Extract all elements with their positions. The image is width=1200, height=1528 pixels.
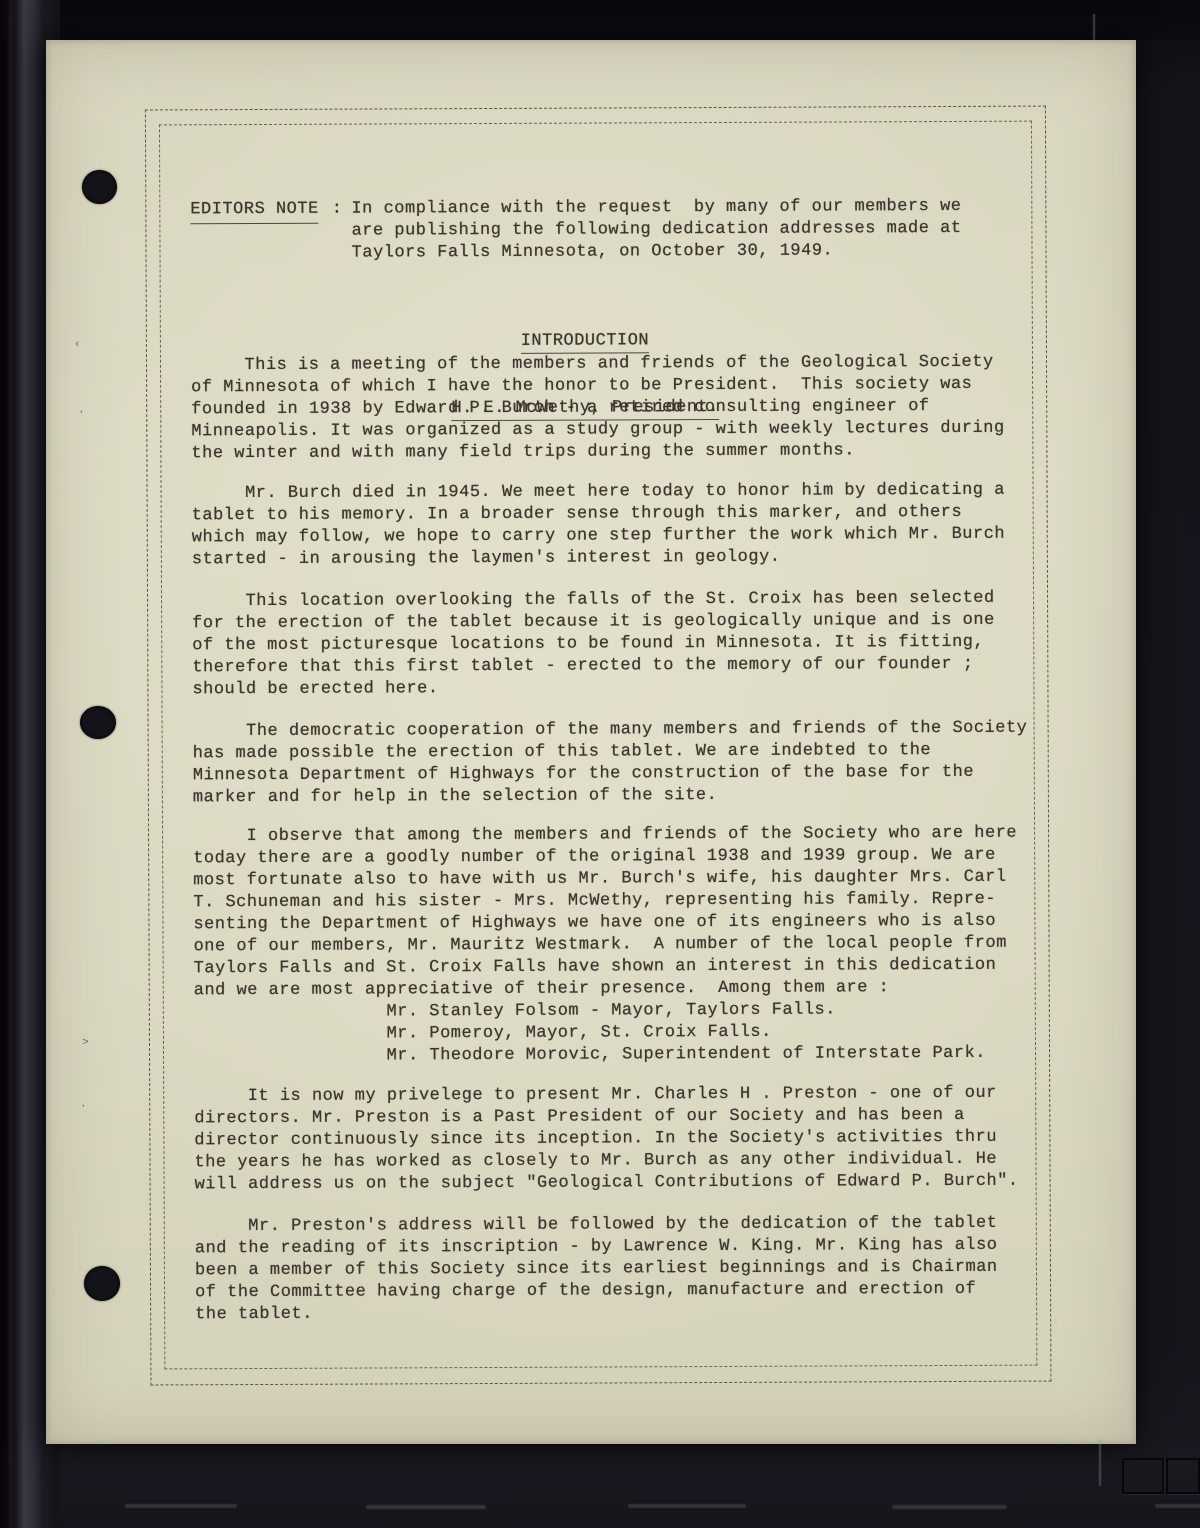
- editors-note-label: EDITORS NOTE: [190, 199, 319, 224]
- paragraph-5: I observe that among the members and fri…: [193, 823, 1018, 1003]
- paragraph-7: Mr. Preston's address will be followed b…: [195, 1213, 998, 1327]
- section-heading: INTRODUCTION: [521, 331, 650, 353]
- paragraph-4: The democratic cooperation of the many m…: [193, 718, 1028, 810]
- scanned-page: ‹ · ˃ · EDITORS NOTE : In compliance wit…: [46, 40, 1136, 1444]
- attendee-list: Mr. Stanley Folsom - Mayor, Taylors Fall…: [194, 999, 986, 1068]
- paragraph-6: It is now my privelege to present Mr. Ch…: [194, 1083, 1019, 1197]
- editors-note-separator: :: [332, 199, 343, 221]
- page-content: EDITORS NOTE : In compliance with the re…: [190, 40, 1028, 1448]
- scanned-document-view: ‹ · ˃ · EDITORS NOTE : In compliance wit…: [0, 0, 1200, 1528]
- scanner-background-top: [0, 0, 1200, 40]
- editors-note: EDITORS NOTE : In compliance with the re…: [190, 196, 961, 265]
- paragraph-3: This location overlooking the falls of t…: [192, 588, 995, 702]
- typed-frame: EDITORS NOTE : In compliance with the re…: [46, 39, 1142, 1448]
- editors-note-text: In compliance with the request by many o…: [351, 196, 961, 265]
- paragraph-1: This is a meeting of the members and fri…: [191, 352, 1005, 466]
- paragraph-2: Mr. Burch died in 1945. We meet here tod…: [192, 480, 1006, 572]
